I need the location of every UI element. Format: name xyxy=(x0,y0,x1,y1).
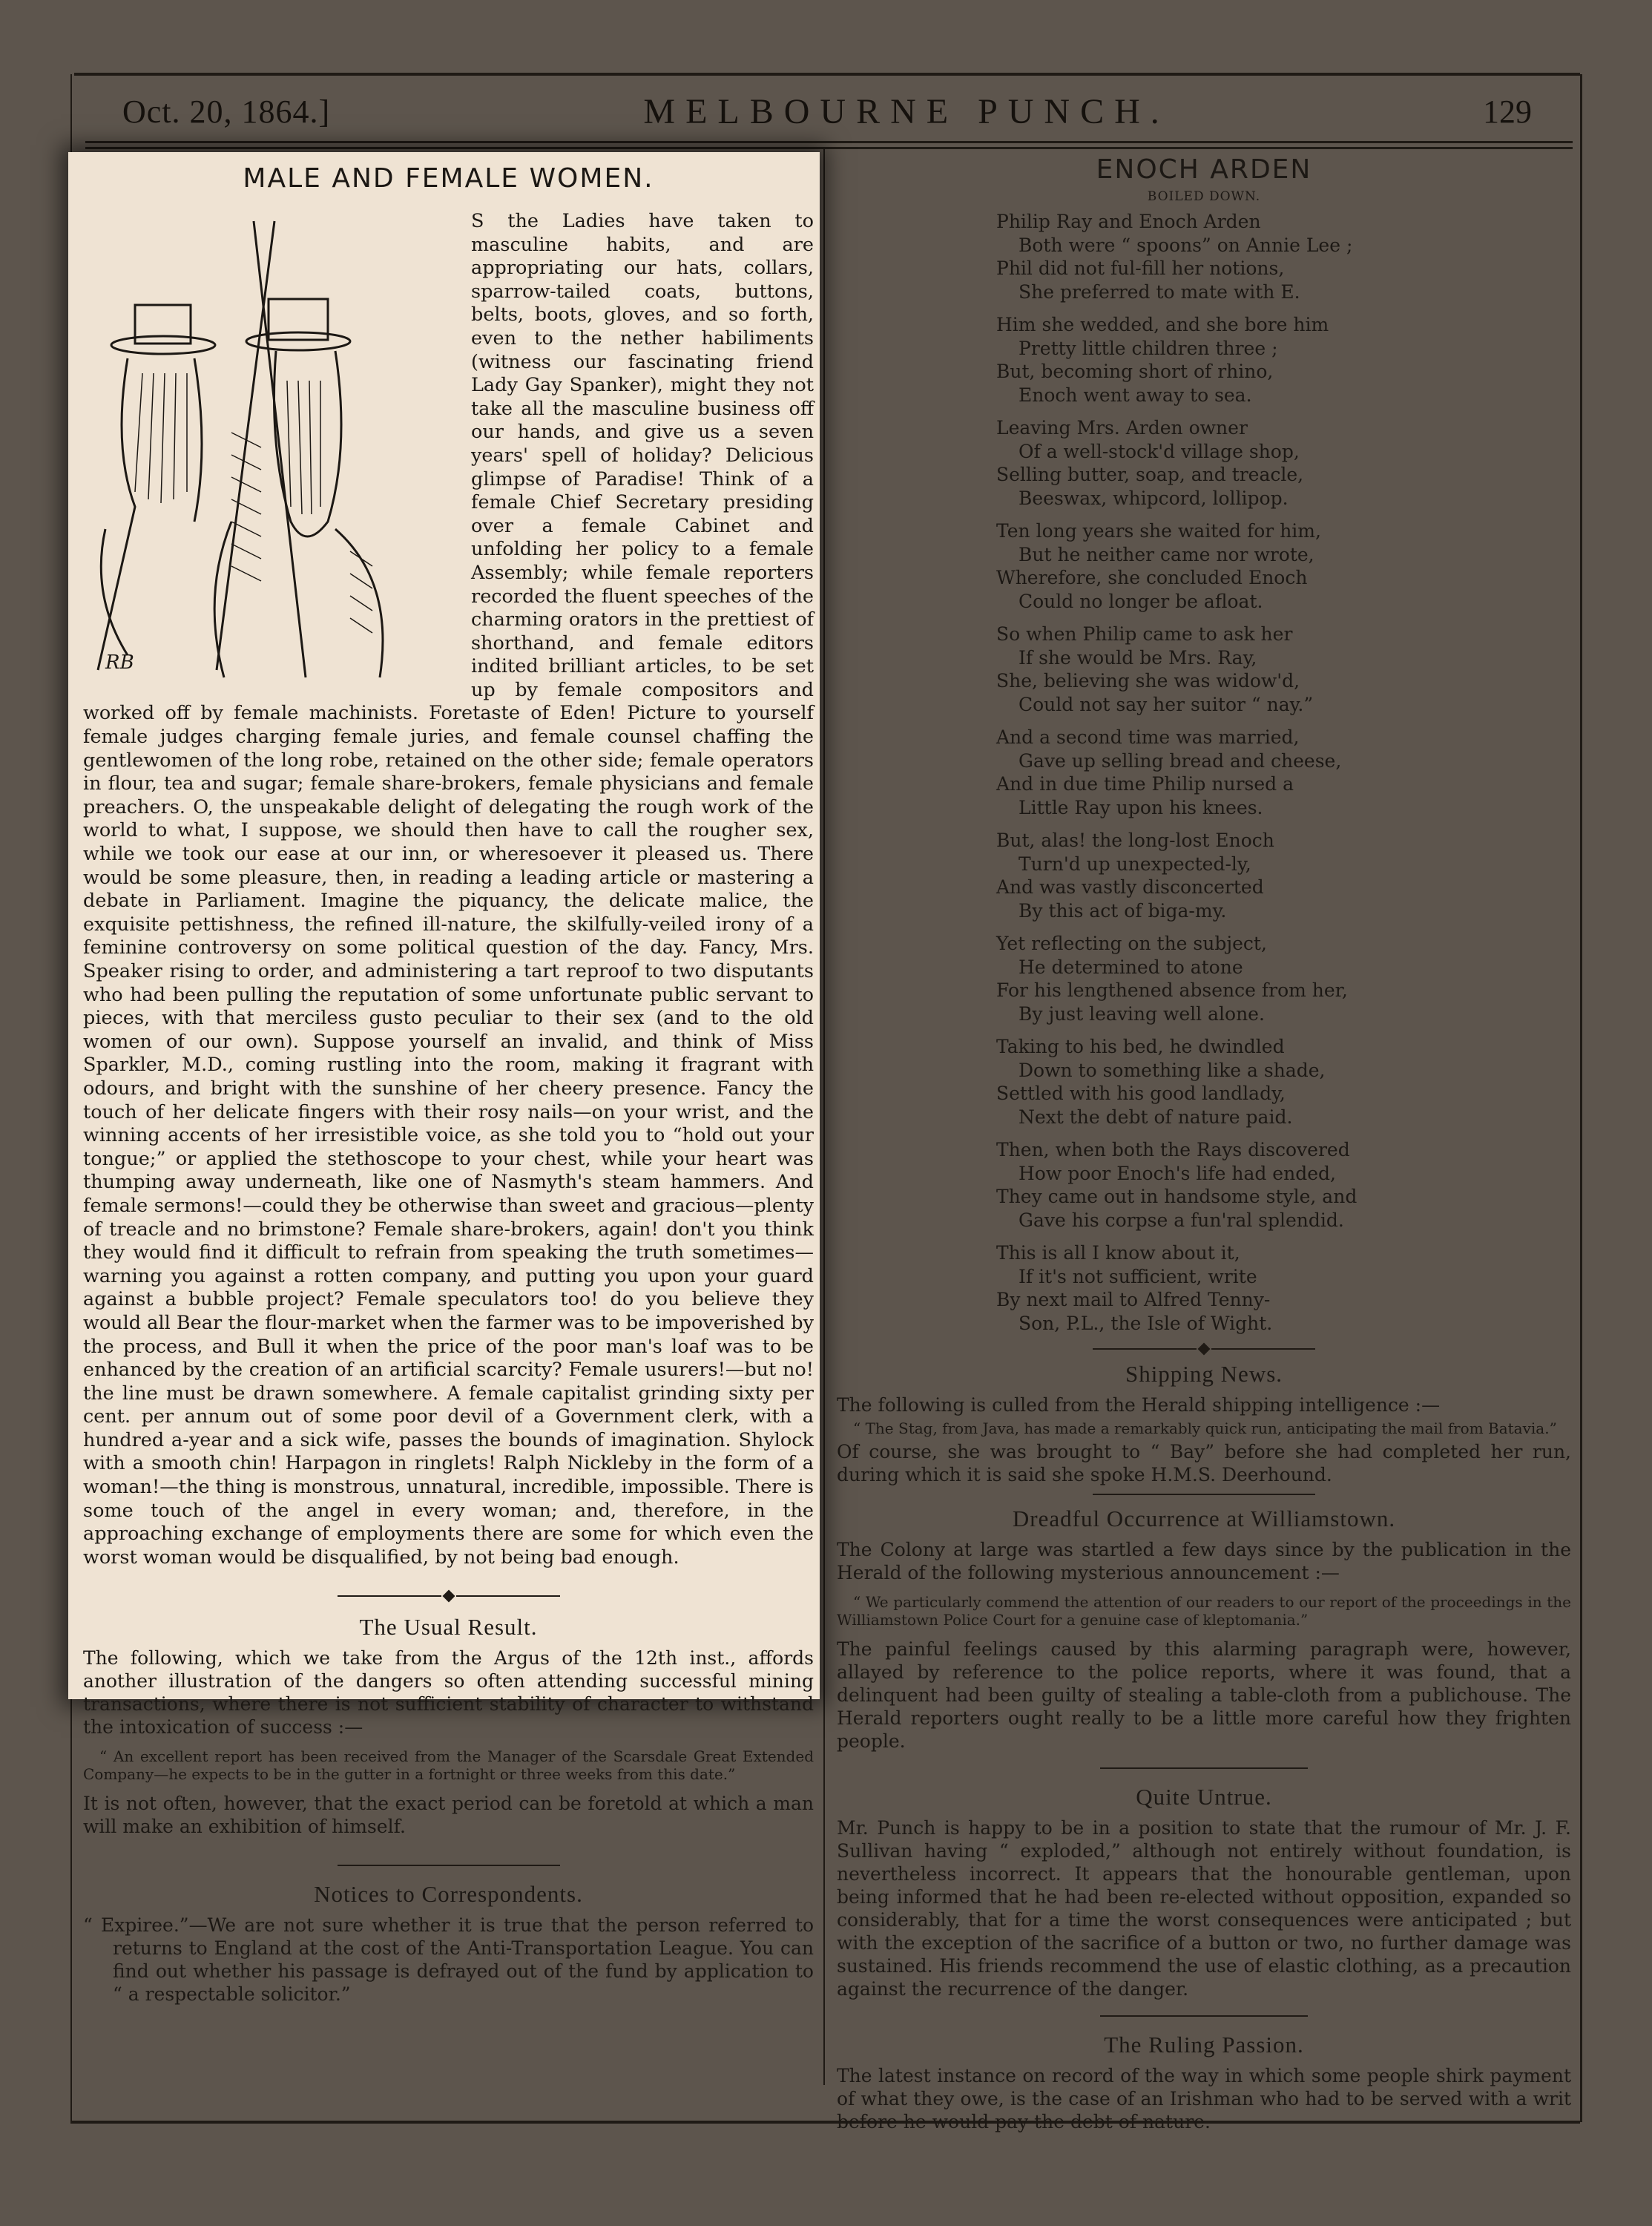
column-divider xyxy=(823,148,825,2085)
section-title: Quite Untrue. xyxy=(837,1784,1571,1810)
poem-subtitle: BOILED DOWN. xyxy=(837,189,1571,204)
poem-line: Of a well-stock'd village shop, xyxy=(996,440,1571,464)
poem-line: Both were “ spoons” on Annie Lee ; xyxy=(996,234,1571,257)
section-intro: The following is culled from the Herald … xyxy=(837,1393,1571,1416)
stanza: So when Philip came to ask her If she wo… xyxy=(996,623,1571,716)
section-title: Notices to Correspondents. xyxy=(83,1881,814,1908)
poem-line: And was vastly disconcerted xyxy=(996,876,1571,899)
poem-line: Gave his corpse a fun'ral splendid. xyxy=(996,1209,1571,1232)
poem-line: But, alas! the long-lost Enoch xyxy=(996,829,1571,853)
stanza: This is all I know about it, If it's not… xyxy=(996,1241,1571,1335)
right-column: ENOCH ARDEN BOILED DOWN. Philip Ray and … xyxy=(837,148,1571,2133)
article-quite-untrue: Quite Untrue. Mr. Punch is happy to be i… xyxy=(837,1784,1571,2000)
stanza: Ten long years she waited for him, But h… xyxy=(996,519,1571,613)
poem-line: Son, P.L., the Isle of Wight. xyxy=(996,1312,1571,1336)
stanza: Then, when both the Rays discovered How … xyxy=(996,1138,1571,1232)
poem-line: Down to something like a shade, xyxy=(996,1059,1571,1083)
poem-line: But, becoming short of rhino, xyxy=(996,360,1571,384)
poem-line: She, believing she was widow'd, xyxy=(996,669,1571,693)
poem-line: Could not say her suitor “ nay.” xyxy=(996,693,1571,717)
poem-line: By next mail to Alfred Tenny- xyxy=(996,1288,1571,1312)
stanza: Him she wedded, and she bore him Pretty … xyxy=(996,313,1571,407)
left-column: MALE AND FEMALE WOMEN. xyxy=(83,156,814,2006)
stanza: Yet reflecting on the subject, He determ… xyxy=(996,932,1571,1025)
poem-line: For his lengthened absence from her, xyxy=(996,979,1571,1002)
poem-line: Phil did not ful-fill her notions, xyxy=(996,257,1571,280)
notice-entry: “ Expiree.”—We are not sure whether it i… xyxy=(83,1914,814,2006)
poem-line: Yet reflecting on the subject, xyxy=(996,932,1571,956)
poem-line: Gave up selling bread and cheese, xyxy=(996,749,1571,773)
section-closing: It is not often, however, that the exact… xyxy=(83,1792,814,1838)
stanza: And a second time was married, Gave up s… xyxy=(996,726,1571,819)
diamond-ornament-icon xyxy=(1198,1343,1211,1356)
poem-line: If she would be Mrs. Ray, xyxy=(996,646,1571,670)
section-closing: The painful feelings caused by this alar… xyxy=(837,1638,1571,1753)
section-quote: “ An excellent report has been received … xyxy=(83,1747,814,1783)
section-intro: The Colony at large was startled a few d… xyxy=(837,1538,1571,1584)
article-title: MALE AND FEMALE WOMEN. xyxy=(83,163,814,194)
poem-line: How poor Enoch's life had ended, xyxy=(996,1162,1571,1186)
section-rule xyxy=(1093,1494,1315,1495)
page-top-rule xyxy=(74,73,1580,76)
section-ornament xyxy=(338,1592,560,1600)
article-notices-to-correspondents: Notices to Correspondents. “ Expiree.”—W… xyxy=(83,1881,814,2006)
diamond-ornament-icon xyxy=(442,1590,455,1603)
poem-line: Pretty little children three ; xyxy=(996,337,1571,361)
article-ruling-passion: The Ruling Passion. The latest instance … xyxy=(837,2032,1571,2133)
article-male-and-female-women: MALE AND FEMALE WOMEN. xyxy=(83,163,814,1569)
woodcut-illustration: RB xyxy=(83,210,458,685)
poem-line: Could no longer be afloat. xyxy=(996,590,1571,614)
section-title: The Usual Result. xyxy=(83,1614,814,1641)
poem-line: Turn'd up unexpected-ly, xyxy=(996,853,1571,876)
section-title: Dreadful Occurrence at Williamstown. xyxy=(837,1506,1571,1532)
section-title: Shipping News. xyxy=(837,1361,1571,1388)
section-intro: The following, which we take from the Ar… xyxy=(83,1646,814,1739)
poem-title: ENOCH ARDEN xyxy=(837,154,1571,185)
svg-text:RB: RB xyxy=(105,651,134,674)
section-title: The Ruling Passion. xyxy=(837,2032,1571,2058)
poem-line: But he neither came nor wrote, xyxy=(996,543,1571,567)
poem-line: They came out in handsome style, and xyxy=(996,1185,1571,1209)
poem-line: So when Philip came to ask her xyxy=(996,623,1571,646)
article-shipping-news: Shipping News. The following is culled f… xyxy=(837,1361,1571,1486)
poem-line: By just leaving well alone. xyxy=(996,1002,1571,1026)
poem-line: Little Ray upon his knees. xyxy=(996,796,1571,820)
poem-line: And a second time was married, xyxy=(996,726,1571,749)
masthead: Oct. 20, 1864.] MELBOURNE PUNCH. 129 xyxy=(74,82,1580,141)
section-closing: Of course, she was brought to “ Bay” bef… xyxy=(837,1440,1571,1486)
page-right-rule xyxy=(1580,74,1582,2122)
poem-line: Wherefore, she concluded Enoch xyxy=(996,566,1571,590)
article-williamstown: Dreadful Occurrence at Williamstown. The… xyxy=(837,1506,1571,1753)
stanza: Taking to his bed, he dwindled Down to s… xyxy=(996,1035,1571,1129)
stanza: Philip Ray and Enoch Arden Both were “ s… xyxy=(996,210,1571,303)
stanza: But, alas! the long-lost Enoch Turn'd up… xyxy=(996,829,1571,922)
poem-line: Him she wedded, and she bore him xyxy=(996,313,1571,337)
poem-line: Then, when both the Rays discovered xyxy=(996,1138,1571,1162)
poem-line: And in due time Philip nursed a xyxy=(996,772,1571,796)
masthead-rule-upper xyxy=(85,141,1573,143)
stanza: Leaving Mrs. Arden owner Of a well-stock… xyxy=(996,416,1571,510)
section-quote: “ The Stag, from Java, has made a remark… xyxy=(837,1419,1571,1437)
poem-line: By this act of biga-my. xyxy=(996,899,1571,923)
publication-title: MELBOURNE PUNCH. xyxy=(643,91,1169,132)
poem-line: Next the debt of nature paid. xyxy=(996,1106,1571,1129)
poem-line: Leaving Mrs. Arden owner xyxy=(996,416,1571,440)
poem-body: Philip Ray and Enoch Arden Both were “ s… xyxy=(996,210,1571,1335)
article-usual-result: The Usual Result. The following, which w… xyxy=(83,1614,814,1838)
poem-line: Ten long years she waited for him, xyxy=(996,519,1571,543)
section-body: Mr. Punch is happy to be in a position t… xyxy=(837,1816,1571,2000)
poem-line: If it's not sufficient, write xyxy=(996,1265,1571,1289)
poem-line: She preferred to mate with E. xyxy=(996,280,1571,304)
poem-line: Taking to his bed, he dwindled xyxy=(996,1035,1571,1059)
illustration-figures-icon: RB xyxy=(83,210,458,685)
section-rule xyxy=(1100,2015,1308,2017)
poem-enoch-arden: ENOCH ARDEN BOILED DOWN. Philip Ray and … xyxy=(837,154,1571,1335)
section-body: The latest instance on record of the way… xyxy=(837,2064,1571,2133)
poem-line: Selling butter, soap, and treacle, xyxy=(996,463,1571,487)
page-number: 129 xyxy=(1483,93,1532,131)
poem-line: Enoch went away to sea. xyxy=(996,384,1571,407)
poem-line: This is all I know about it, xyxy=(996,1241,1571,1265)
poem-line: Philip Ray and Enoch Arden xyxy=(996,210,1571,234)
poem-line: He determined to atone xyxy=(996,956,1571,979)
section-rule xyxy=(1100,1767,1308,1769)
poem-line: Beeswax, whipcord, lollipop. xyxy=(996,487,1571,510)
section-rule xyxy=(338,1865,560,1866)
section-ornament xyxy=(1093,1345,1315,1353)
poem-line: Settled with his good landlady, xyxy=(996,1082,1571,1106)
section-quote: “ We particularly commend the attention … xyxy=(837,1593,1571,1629)
issue-date: Oct. 20, 1864.] xyxy=(122,93,330,131)
